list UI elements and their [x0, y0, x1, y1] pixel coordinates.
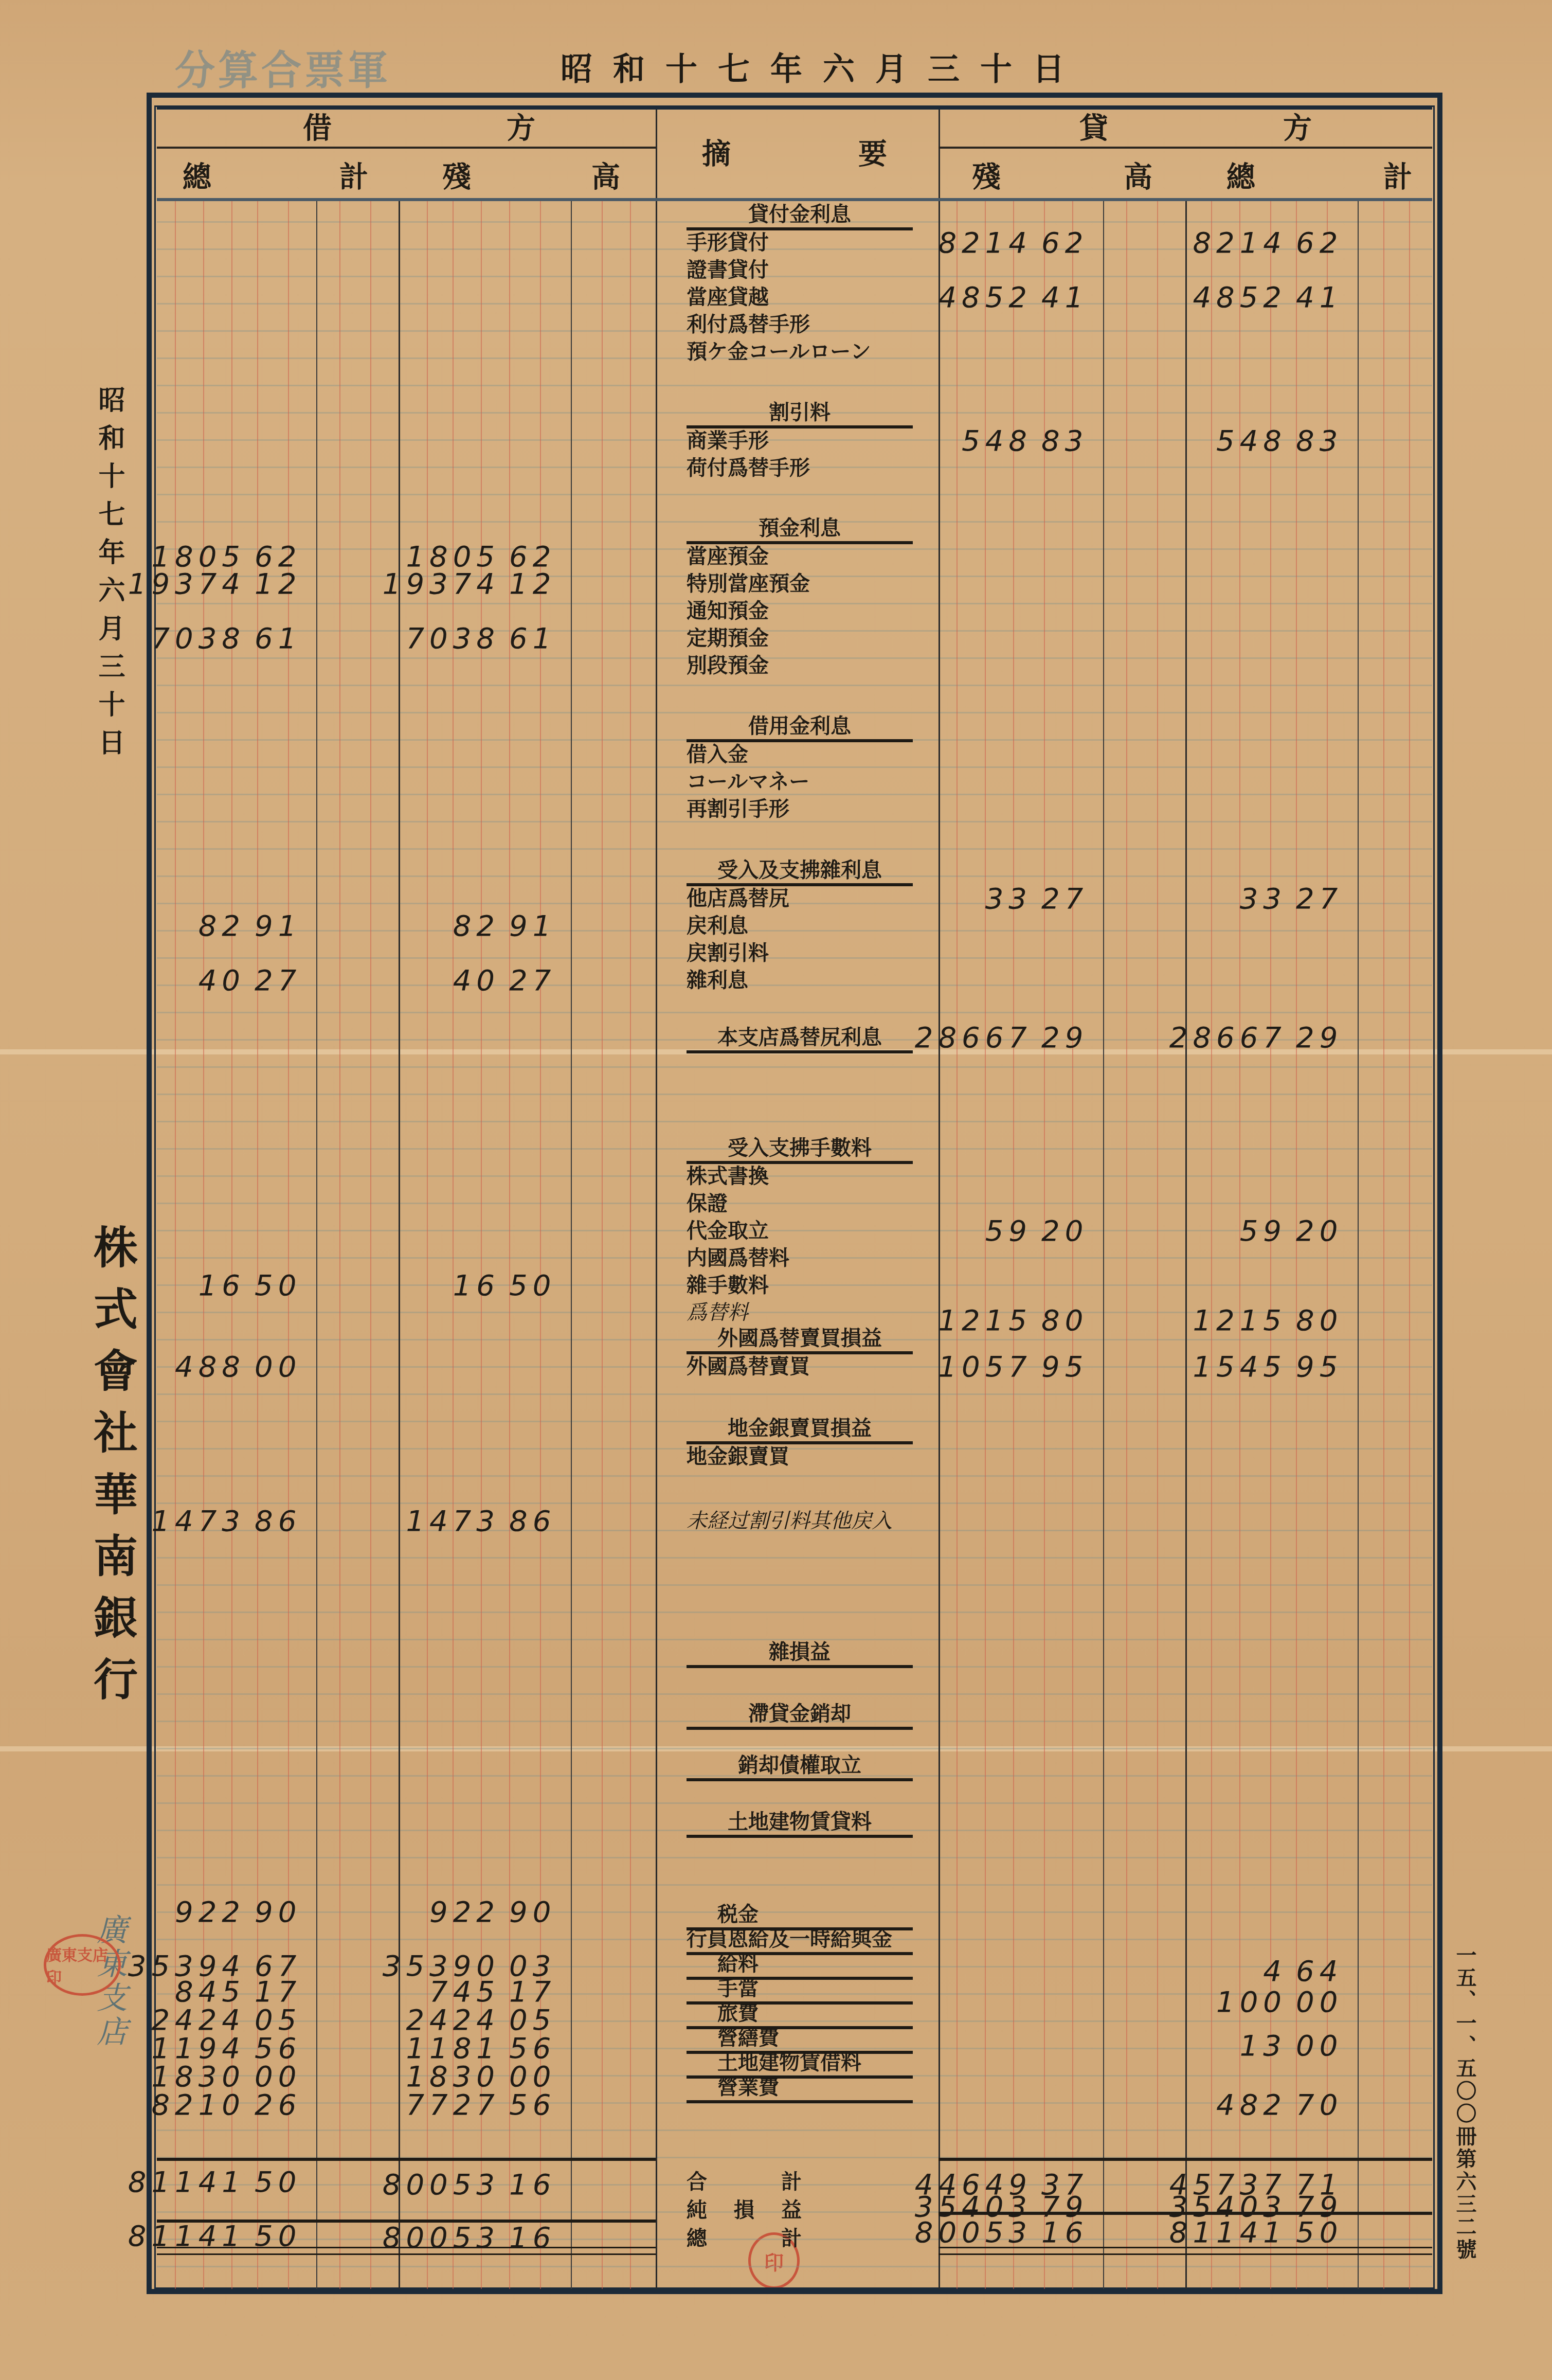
ruled-row-line — [157, 1393, 1432, 1395]
amount-credit-total: 48270 — [1216, 2088, 1358, 2122]
section-title: 滯貸金銷却 — [687, 1697, 913, 1730]
account-item: 手形貸付 — [687, 226, 913, 256]
account-item: 利付爲替手形 — [687, 308, 913, 337]
amount-debit-balance: 92290 — [429, 1895, 571, 1929]
ruled-row-line — [157, 1857, 1432, 1858]
section-title: 貸付金利息 — [687, 198, 913, 230]
amount-debit-balance: 147386 — [406, 1505, 571, 1538]
account-item: 營業費 — [687, 2071, 913, 2103]
account-item: 雜利息 — [687, 964, 913, 993]
left-margin-date: 昭和十七年六月三十日 — [98, 386, 129, 766]
form-number-note: 一五、一、五〇〇冊第六三二號 — [1450, 1944, 1479, 2261]
amount-debit-balance: 8291 — [453, 909, 571, 943]
header-credit-sub: 計 — [1383, 154, 1412, 195]
ruled-column-line — [957, 201, 958, 2289]
ruled-column-line — [1157, 201, 1158, 2289]
amount-credit-total: 10000 — [1216, 1985, 1358, 2019]
ruled-column-line — [1126, 201, 1127, 2289]
section-title: 土地建物賃貸料 — [687, 1805, 913, 1838]
header-debit-sub: 總 — [183, 154, 211, 195]
amount-credit-total: 5920 — [1240, 1214, 1358, 1248]
header-credit-sub: 殘 — [972, 154, 1001, 195]
amount-credit-balance: 121580 — [938, 1304, 1103, 1337]
amount-debit-total: 1650 — [198, 1269, 316, 1302]
account-item: 保證 — [687, 1187, 913, 1216]
sum-debit-total: 8114150 — [128, 2166, 316, 2199]
amount-debit-balance: 1937412 — [383, 567, 571, 601]
sum-rule-debit — [157, 2158, 656, 2161]
amount-credit-total: 821462 — [1193, 226, 1358, 260]
amount-debit-balance: 1650 — [453, 1269, 571, 1302]
grand-debit-balance: 8005316 — [383, 2221, 571, 2254]
total-label-net: 純 損 益 — [687, 2194, 913, 2223]
grand-credit-total: 8114150 — [1169, 2216, 1358, 2249]
document-date-title: 昭和十七年六月三十日 — [561, 44, 1085, 90]
section-title: 受入及支拂雜利息 — [687, 854, 913, 886]
ruled-row-line — [157, 1094, 1432, 1095]
sum-debit-balance: 8005316 — [383, 2168, 571, 2202]
amount-credit-balance: 3327 — [985, 882, 1103, 916]
grand-credit-balance: 8005316 — [915, 2216, 1103, 2249]
account-item: 他店爲替尻 — [687, 882, 913, 911]
ruled-row-line — [157, 1693, 1432, 1695]
amount-credit-total: 54883 — [1216, 424, 1358, 458]
amount-debit-total: 703861 — [151, 622, 316, 655]
divider-summary-credit — [939, 105, 940, 2289]
divider-credit-balance-total — [1185, 201, 1187, 2289]
amount-debit-total: 4027 — [198, 964, 316, 997]
ruled-row-line — [157, 1802, 1432, 1804]
amount-debit-balance: 4027 — [453, 964, 571, 997]
header-credit: 貸 方 — [977, 105, 1419, 147]
amount-credit-balance: 105795 — [938, 1350, 1103, 1384]
ruled-column-line — [370, 201, 371, 2289]
account-item: 株式書換 — [687, 1160, 913, 1189]
amount-credit-total: 154595 — [1193, 1350, 1358, 1384]
document-stamp: 分算合票軍 — [175, 39, 391, 96]
header-credit-sub: 高 — [1124, 154, 1152, 195]
header-debit-rule — [157, 147, 656, 149]
branch-seal: 廣東支店印 — [44, 1934, 121, 1996]
account-item: コールマネー — [687, 765, 913, 795]
amount-credit-total: 464 — [1263, 1955, 1358, 1988]
ruled-column-line — [1211, 201, 1212, 2289]
divider-debit-balance-sen — [571, 201, 572, 2289]
amount-debit-total: 821026 — [151, 2088, 316, 2122]
ruled-row-line — [157, 2266, 1432, 2267]
ruled-row-line — [157, 385, 1432, 386]
account-item: 商業手形 — [687, 424, 913, 454]
section-title: 地金銀賣買損益 — [687, 1412, 913, 1444]
amount-debit-total: 8291 — [198, 909, 316, 943]
amount-debit-total: 48800 — [175, 1350, 316, 1384]
company-name: 株式會社華南銀行 — [80, 1224, 143, 1718]
ruled-column-line — [1383, 201, 1384, 2289]
header-summary: 摘 要 — [679, 131, 921, 172]
account-item-handwritten: 未経过割引料其他戻入 — [687, 1505, 913, 1534]
ruled-row-line — [157, 848, 1432, 850]
account-item-handwritten: 爲替料 — [687, 1296, 913, 1326]
section-title: 本支店爲替尻利息 — [687, 1021, 913, 1053]
divider-debit-total-sen — [316, 201, 317, 2289]
amount-credit-balance: 5920 — [985, 1214, 1103, 1248]
account-item: 預ケ金コールローン — [687, 335, 913, 365]
amount-credit-balance: 485241 — [938, 281, 1103, 314]
account-item: 通知預金 — [687, 595, 913, 624]
ruled-column-line — [1409, 201, 1410, 2289]
header-credit-sub: 總 — [1226, 154, 1255, 195]
account-item: 別段預金 — [687, 649, 913, 678]
account-item: 代金取立 — [687, 1214, 913, 1244]
account-item: 定期預金 — [687, 622, 913, 651]
divider-debit-summary — [656, 105, 657, 2289]
account-item: 外國爲替賣買 — [687, 1350, 913, 1380]
header-debit: 借 方 — [242, 105, 602, 147]
section-title: 預金利息 — [687, 512, 913, 544]
account-item: 證書貸付 — [687, 254, 913, 283]
account-item: 戻割引料 — [687, 937, 913, 966]
header-debit-sub: 高 — [591, 154, 620, 195]
ruled-row-line — [157, 1121, 1432, 1122]
section-title: 借用金利息 — [687, 710, 913, 742]
ruled-column-line — [339, 201, 340, 2289]
amount-credit-total: 3327 — [1240, 882, 1358, 916]
total-label-grand: 總 計 — [687, 2222, 913, 2251]
ruled-row-line — [157, 1012, 1432, 1013]
account-item: 當座預金 — [687, 540, 913, 569]
sum-rule-credit — [939, 2158, 1432, 2161]
account-item: 戻利息 — [687, 909, 913, 939]
account-item: 當座貸越 — [687, 281, 913, 310]
header-debit-sub: 殘 — [442, 154, 471, 195]
grand-debit-total: 8114150 — [128, 2220, 316, 2253]
section-title: 銷却債權取立 — [687, 1749, 913, 1781]
account-item: 荷付爲替手形 — [687, 452, 913, 481]
account-item: 特別當座預金 — [687, 567, 913, 597]
ruled-column-line — [602, 201, 603, 2289]
ruled-row-line — [157, 1557, 1432, 1559]
header-credit-rule — [939, 147, 1432, 149]
amount-debit-total: 147386 — [151, 1505, 316, 1538]
ruled-row-line — [157, 1475, 1432, 1477]
ruled-row-line — [157, 1612, 1432, 1613]
amount-credit-balance: 821462 — [938, 226, 1103, 260]
ruled-row-line — [157, 1584, 1432, 1586]
ruled-row-line — [157, 1066, 1432, 1068]
account-item: 雜手數料 — [687, 1269, 913, 1298]
amount-credit-balance: 54883 — [962, 424, 1103, 458]
amount-credit-total: 121580 — [1193, 1304, 1358, 1337]
amount-debit-total: 92290 — [175, 1895, 316, 1929]
account-item: 内國爲替料 — [687, 1242, 913, 1271]
total-label-sum: 合 計 — [687, 2166, 913, 2195]
amount-debit-total: 1937412 — [128, 567, 316, 601]
account-item: 再割引手形 — [687, 793, 913, 822]
section-title: 受入支拂手數料 — [687, 1132, 913, 1164]
ruled-column-line — [630, 201, 631, 2289]
section-title: 割引料 — [687, 396, 913, 428]
ruled-row-line — [157, 494, 1432, 495]
amount-debit-balance: 772756 — [406, 2088, 571, 2122]
divider-credit-balance-sen — [1103, 201, 1104, 2289]
account-item: 地金銀賣買 — [687, 1440, 913, 1470]
header-debit-sub: 計 — [339, 154, 368, 195]
section-title: 雜損益 — [687, 1636, 913, 1668]
ruled-row-line — [157, 1884, 1432, 1886]
section-title: 外國爲替賣買損益 — [687, 1322, 913, 1354]
amount-credit-total: 485241 — [1193, 281, 1358, 314]
amount-credit-balance: 2866729 — [915, 1021, 1103, 1054]
ruled-row-line — [157, 1502, 1432, 1504]
ruled-row-line — [157, 685, 1432, 686]
amount-credit-total: 1300 — [1240, 2029, 1358, 2063]
amount-debit-balance: 703861 — [406, 622, 571, 655]
account-item: 借入金 — [687, 738, 913, 767]
amount-credit-total: 2866729 — [1169, 1021, 1358, 1054]
ruled-row-line — [157, 2130, 1432, 2131]
divider-credit-total-sen — [1358, 201, 1359, 2289]
